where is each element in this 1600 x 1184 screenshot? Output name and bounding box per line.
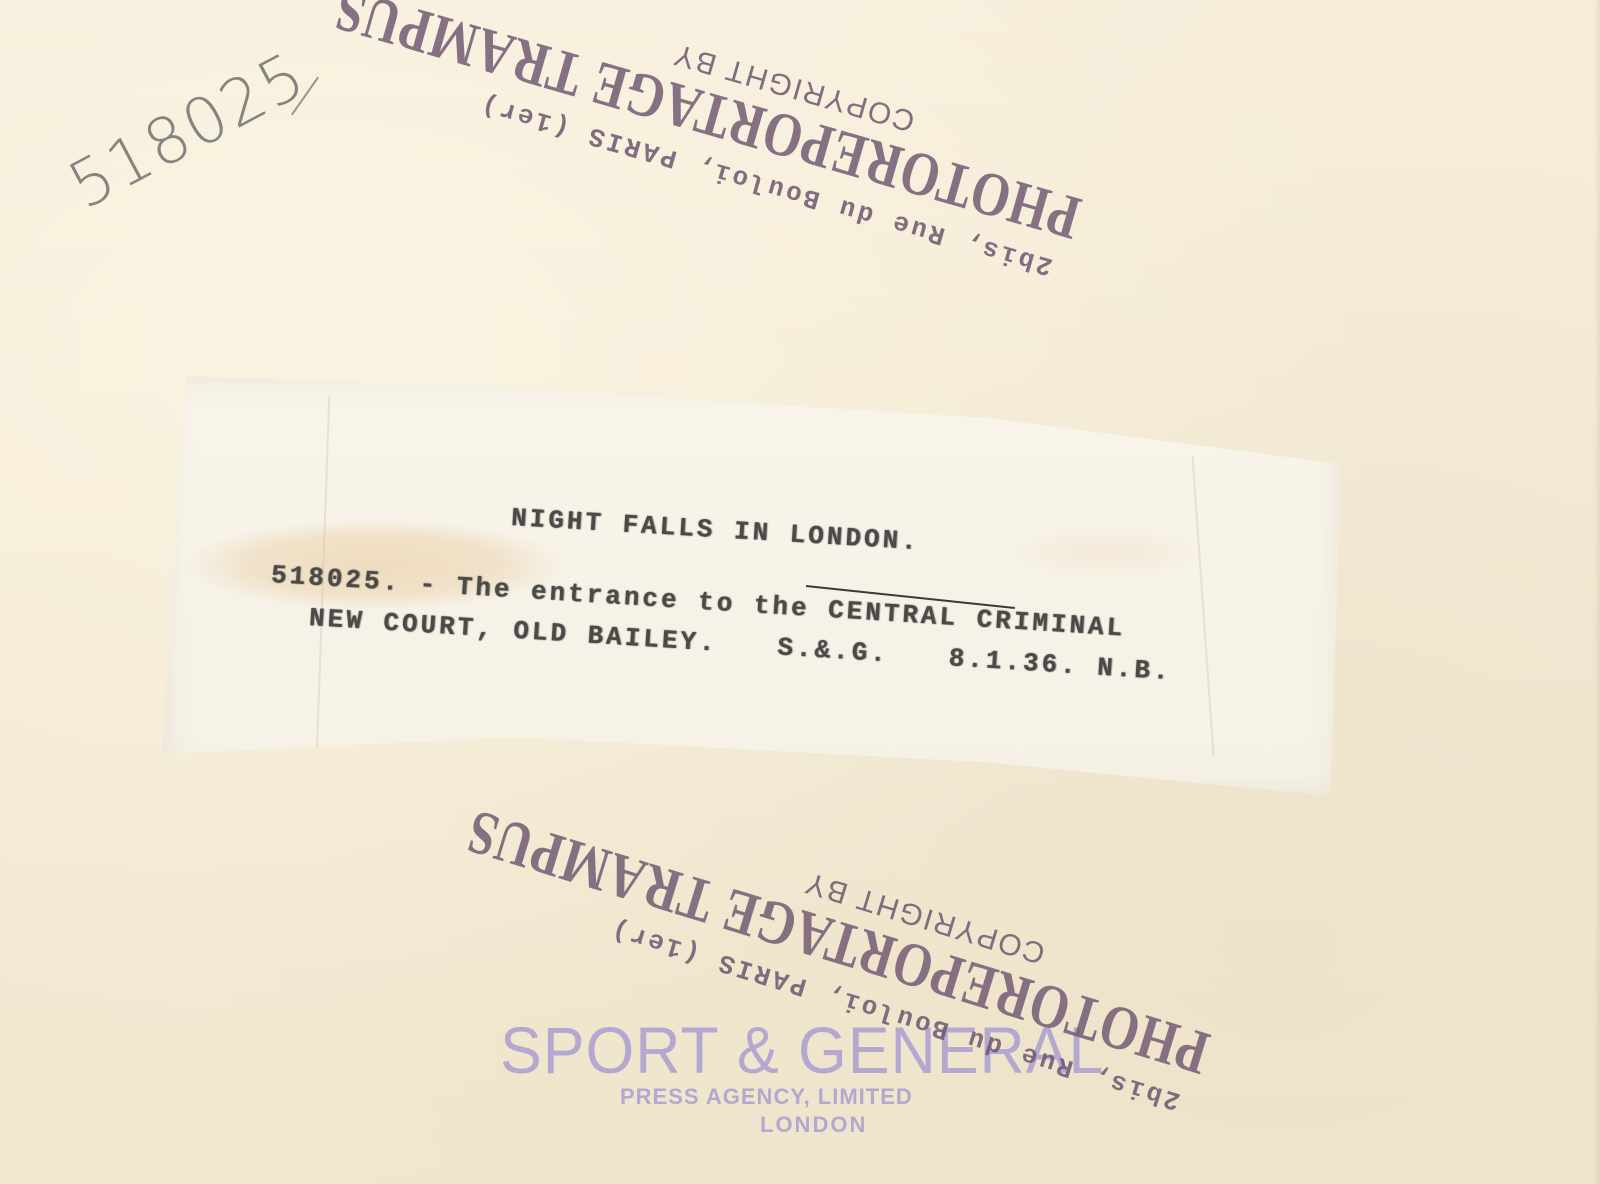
sg-stamp-city: LONDON: [760, 1112, 1060, 1138]
photo-back-paper: 518025 2bis, Rue du Bouloi, PARIS (1er) …: [0, 0, 1600, 1184]
photoreportage-stamp-top: 2bis, Rue du Bouloi, PARIS (1er) PHOTORE…: [464, 0, 1096, 283]
paper-edge-shadow: [1594, 0, 1600, 1184]
handwritten-reference-number: 518025: [57, 38, 318, 224]
label-crease: [1192, 456, 1215, 755]
